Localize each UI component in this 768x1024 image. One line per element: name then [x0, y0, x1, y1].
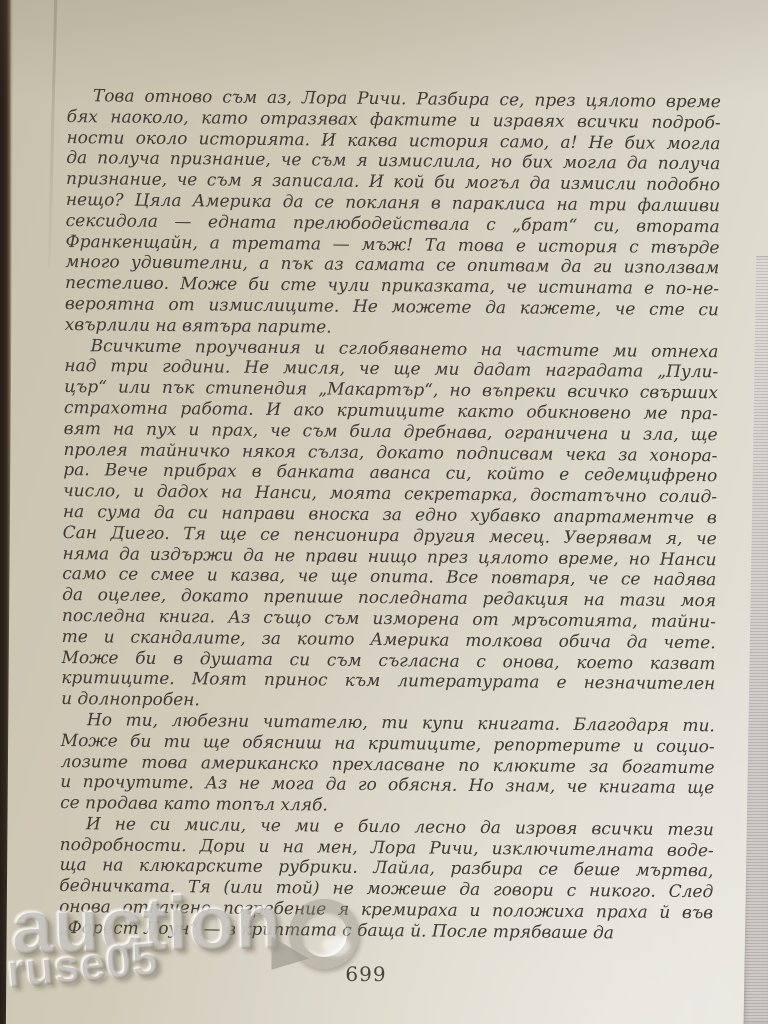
- page-number: 699: [330, 962, 402, 986]
- paragraph: Това отново съм аз, Лора Ричи. Разбира с…: [65, 86, 721, 342]
- text-block: Това отново съм аз, Лора Ричи. Разбира с…: [59, 86, 721, 945]
- book-page-photo: Това отново съм аз, Лора Ричи. Разбира с…: [0, 0, 768, 1024]
- watermark-username-text: ruse05: [5, 931, 161, 999]
- page-crease-line: [48, 0, 58, 268]
- paragraph: Но ти, любезни читателю, ти купи книгата…: [60, 710, 715, 820]
- paragraph: Всичките проучвания и сглобяването на ча…: [61, 336, 719, 717]
- paragraph: И не си мисли, че ми е било лесно да изр…: [59, 814, 714, 945]
- page-fore-edge: [742, 256, 768, 1024]
- book-spine-shadow: [0, 0, 14, 1024]
